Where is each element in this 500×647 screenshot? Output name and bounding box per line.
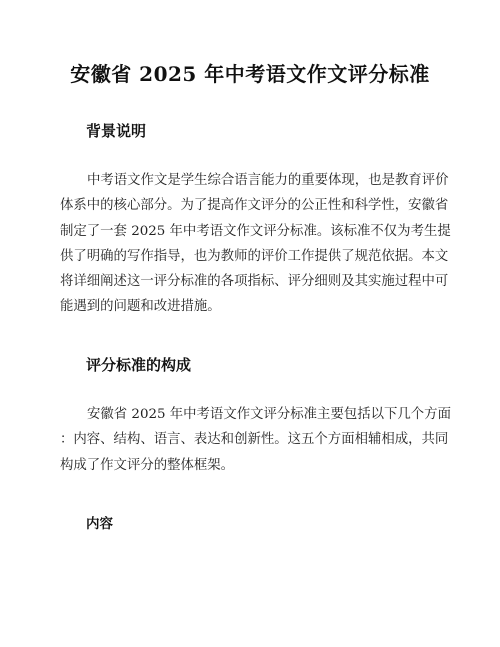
paragraph-line: 安徽省 2025 年中考语文作文评分标准主要包括以下几个方面	[60, 402, 442, 427]
paragraph-line: 将详细阐述这一评分标准的各项指标、评分细则及其实施过程中可	[60, 269, 442, 294]
section-heading-background: 背景说明	[86, 120, 146, 141]
section-heading-composition: 评分标准的构成	[86, 354, 191, 375]
paragraph-line: 制定了一套 2025 年中考语文作文评分标准。该标准不仅为考生提	[60, 219, 442, 244]
section-paragraph-composition: 安徽省 2025 年中考语文作文评分标准主要包括以下几个方面 ：内容、结构、语言…	[60, 402, 442, 478]
document-title: 安徽省 2025 年中考语文作文评分标准	[0, 58, 500, 87]
paragraph-line: ：内容、结构、语言、表达和创新性。这五个方面相辅相成，共同	[60, 427, 442, 452]
document-page: 安徽省 2025 年中考语文作文评分标准 背景说明 中考语文作文是学生综合语言能…	[0, 0, 500, 647]
paragraph-line: 供了明确的写作指导，也为教师的评价工作提供了规范依据。本文	[60, 244, 442, 269]
paragraph-line: 能遇到的问题和改进措施。	[60, 294, 442, 319]
paragraph-line: 中考语文作文是学生综合语言能力的重要体现，也是教育评价	[60, 168, 442, 193]
paragraph-line: 构成了作文评分的整体框架。	[60, 453, 442, 478]
section-heading-content: 内容	[86, 512, 113, 532]
paragraph-line: 体系中的核心部分。为了提高作文评分的公正性和科学性，安徽省	[60, 193, 442, 218]
section-paragraph-background: 中考语文作文是学生综合语言能力的重要体现，也是教育评价 体系中的核心部分。为了提…	[60, 168, 442, 320]
